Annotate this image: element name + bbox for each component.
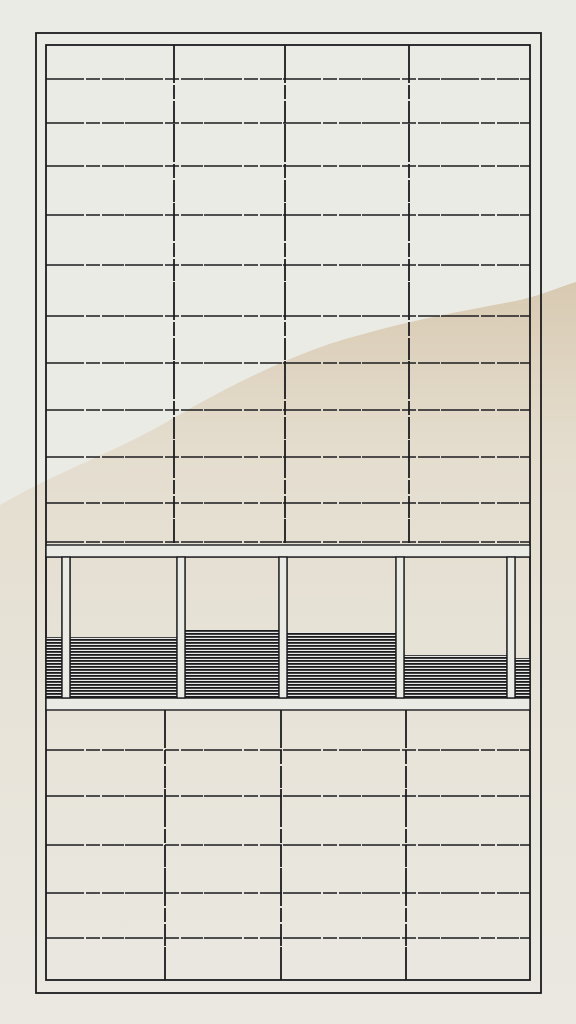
hatched-panel (46, 637, 62, 698)
hatched-panel (287, 632, 396, 698)
print-page: Woodblock print of a latticed wall / sho… (0, 0, 576, 1024)
screen-post (507, 557, 515, 698)
bottom-rail (46, 698, 530, 710)
hatched-panel (185, 630, 279, 698)
hatched-panel (70, 637, 177, 698)
hatched-panel (404, 655, 507, 698)
lattice-drawing (0, 0, 576, 1024)
screen-post (396, 557, 404, 698)
screen-post (177, 557, 185, 698)
hatched-panel (515, 658, 530, 698)
screen-post (279, 557, 287, 698)
screen-post (62, 557, 70, 698)
top-rail (46, 545, 530, 557)
